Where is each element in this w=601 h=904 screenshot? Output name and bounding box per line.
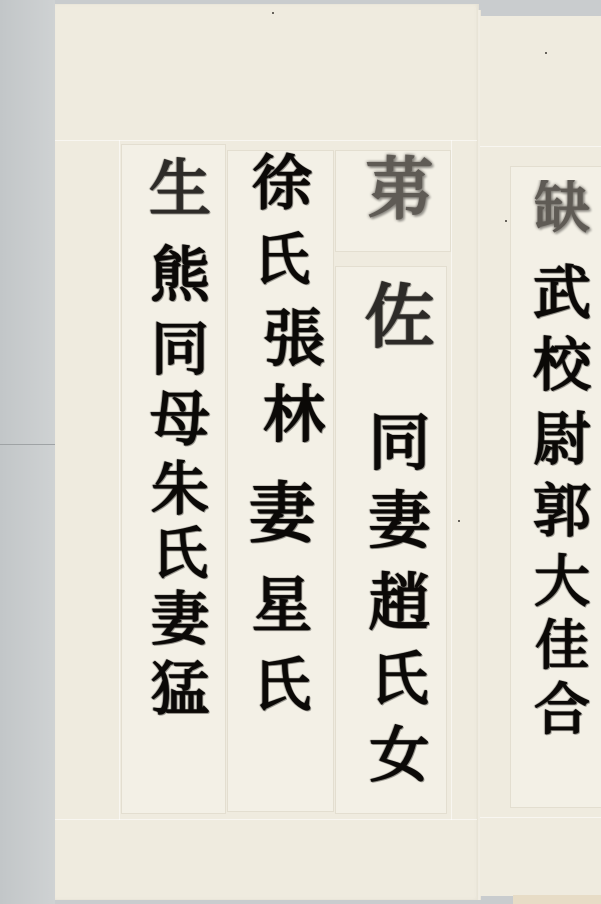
glyph: 合: [534, 682, 590, 754]
glyph: 郭: [533, 482, 591, 554]
background-surface: [0, 0, 55, 904]
background-rule-line: [0, 444, 55, 445]
glyph: 氏: [253, 656, 311, 730]
ink-speck: [505, 220, 507, 222]
glyph: 星: [252, 576, 312, 656]
glyph: 猛: [151, 660, 209, 730]
glyph: 苐: [365, 156, 433, 256]
glyph: 張: [263, 308, 325, 384]
mount-line-bottom-right: [480, 817, 601, 818]
glyph: 趙: [368, 572, 430, 650]
glyph: 佳: [535, 618, 589, 682]
text-column-d: 缺 武 校 尉 郭 大 佳 合: [512, 180, 601, 754]
glyph: 氏: [370, 650, 428, 726]
glyph: 朱: [151, 460, 209, 526]
glyph: 妻: [368, 490, 430, 572]
glyph: 校: [533, 336, 591, 410]
underlying-page-edge: [513, 895, 601, 904]
text-column-a: 苐 佐 同 妻 趙 氏 女: [347, 150, 452, 800]
glyph: 妻: [151, 590, 209, 660]
glyph: 徐: [252, 154, 312, 232]
glyph: 大: [534, 554, 590, 618]
ink-speck: [272, 12, 274, 14]
glyph: 同: [151, 320, 209, 390]
mount-line-left: [119, 140, 120, 820]
glyph: 武: [533, 264, 591, 336]
ink-speck: [545, 52, 547, 54]
glyph: 妻: [249, 480, 315, 576]
ink-speck: [458, 520, 460, 522]
glyph: 生: [149, 158, 211, 246]
glyph: 缺: [534, 180, 590, 264]
text-column-b: 徐 氏 張 林 妻 星 氏: [228, 150, 336, 730]
glyph: 氏: [152, 526, 208, 590]
text-column-c: 生 熊 同 母 朱 氏 妻 猛: [135, 150, 225, 730]
glyph: 熊: [150, 246, 210, 320]
glyph: 林: [263, 384, 325, 480]
glyph: 同: [368, 412, 430, 490]
mount-line-top-right: [480, 146, 601, 147]
glyph: 女: [370, 726, 430, 800]
glyph: 尉: [533, 410, 591, 482]
glyph: 母: [150, 390, 210, 460]
glyph: 佐: [365, 282, 435, 412]
glyph: 氏: [254, 232, 310, 308]
